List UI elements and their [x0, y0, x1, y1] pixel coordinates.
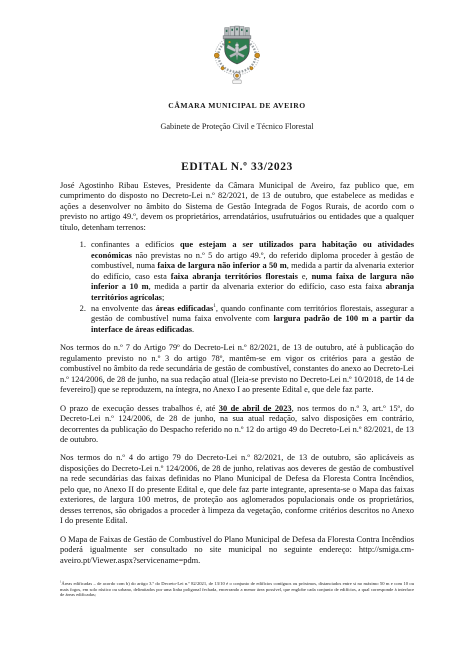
department-name: Gabinete de Proteção Civil e Técnico Flo…	[60, 122, 414, 131]
aveiro-coat-of-arms-icon	[205, 24, 269, 90]
intro-paragraph: José Agostinho Ribau Esteves, Presidente…	[60, 181, 414, 233]
edital-title: EDITAL N.º 33/2023	[60, 161, 414, 173]
paragraph-annex-map: Nos termos do n.º 4 do artigo 79 do Decr…	[60, 453, 414, 526]
document-page: CÂMARA MUNICIPAL DE AVEIRO Gabinete de P…	[0, 0, 474, 672]
list-item-adjacent-buildings: confinantes a edifícios que estejam a se…	[88, 240, 414, 303]
document-header: CÂMARA MUNICIPAL DE AVEIRO Gabinete de P…	[60, 24, 414, 131]
organization-name: CÂMARA MUNICIPAL DE AVEIRO	[60, 101, 414, 110]
paragraph-map-website: O Mapa de Faixas de Gestão de Combustíve…	[60, 535, 414, 566]
paragraph-execution-deadline: O prazo de execução desses trabalhos é, …	[60, 404, 414, 446]
obligations-list: confinantes a edifícios que estejam a se…	[60, 240, 414, 335]
list-item-built-areas: na envolvente das áreas edificadas1, qua…	[88, 304, 414, 335]
footnote-areas-edificadas: 1Áreas edificadas – de acordo com b) do …	[60, 581, 414, 598]
paragraph-fuel-management-criteria: Nos termos do n.º 7 do Artigo 79º do Dec…	[60, 343, 414, 395]
